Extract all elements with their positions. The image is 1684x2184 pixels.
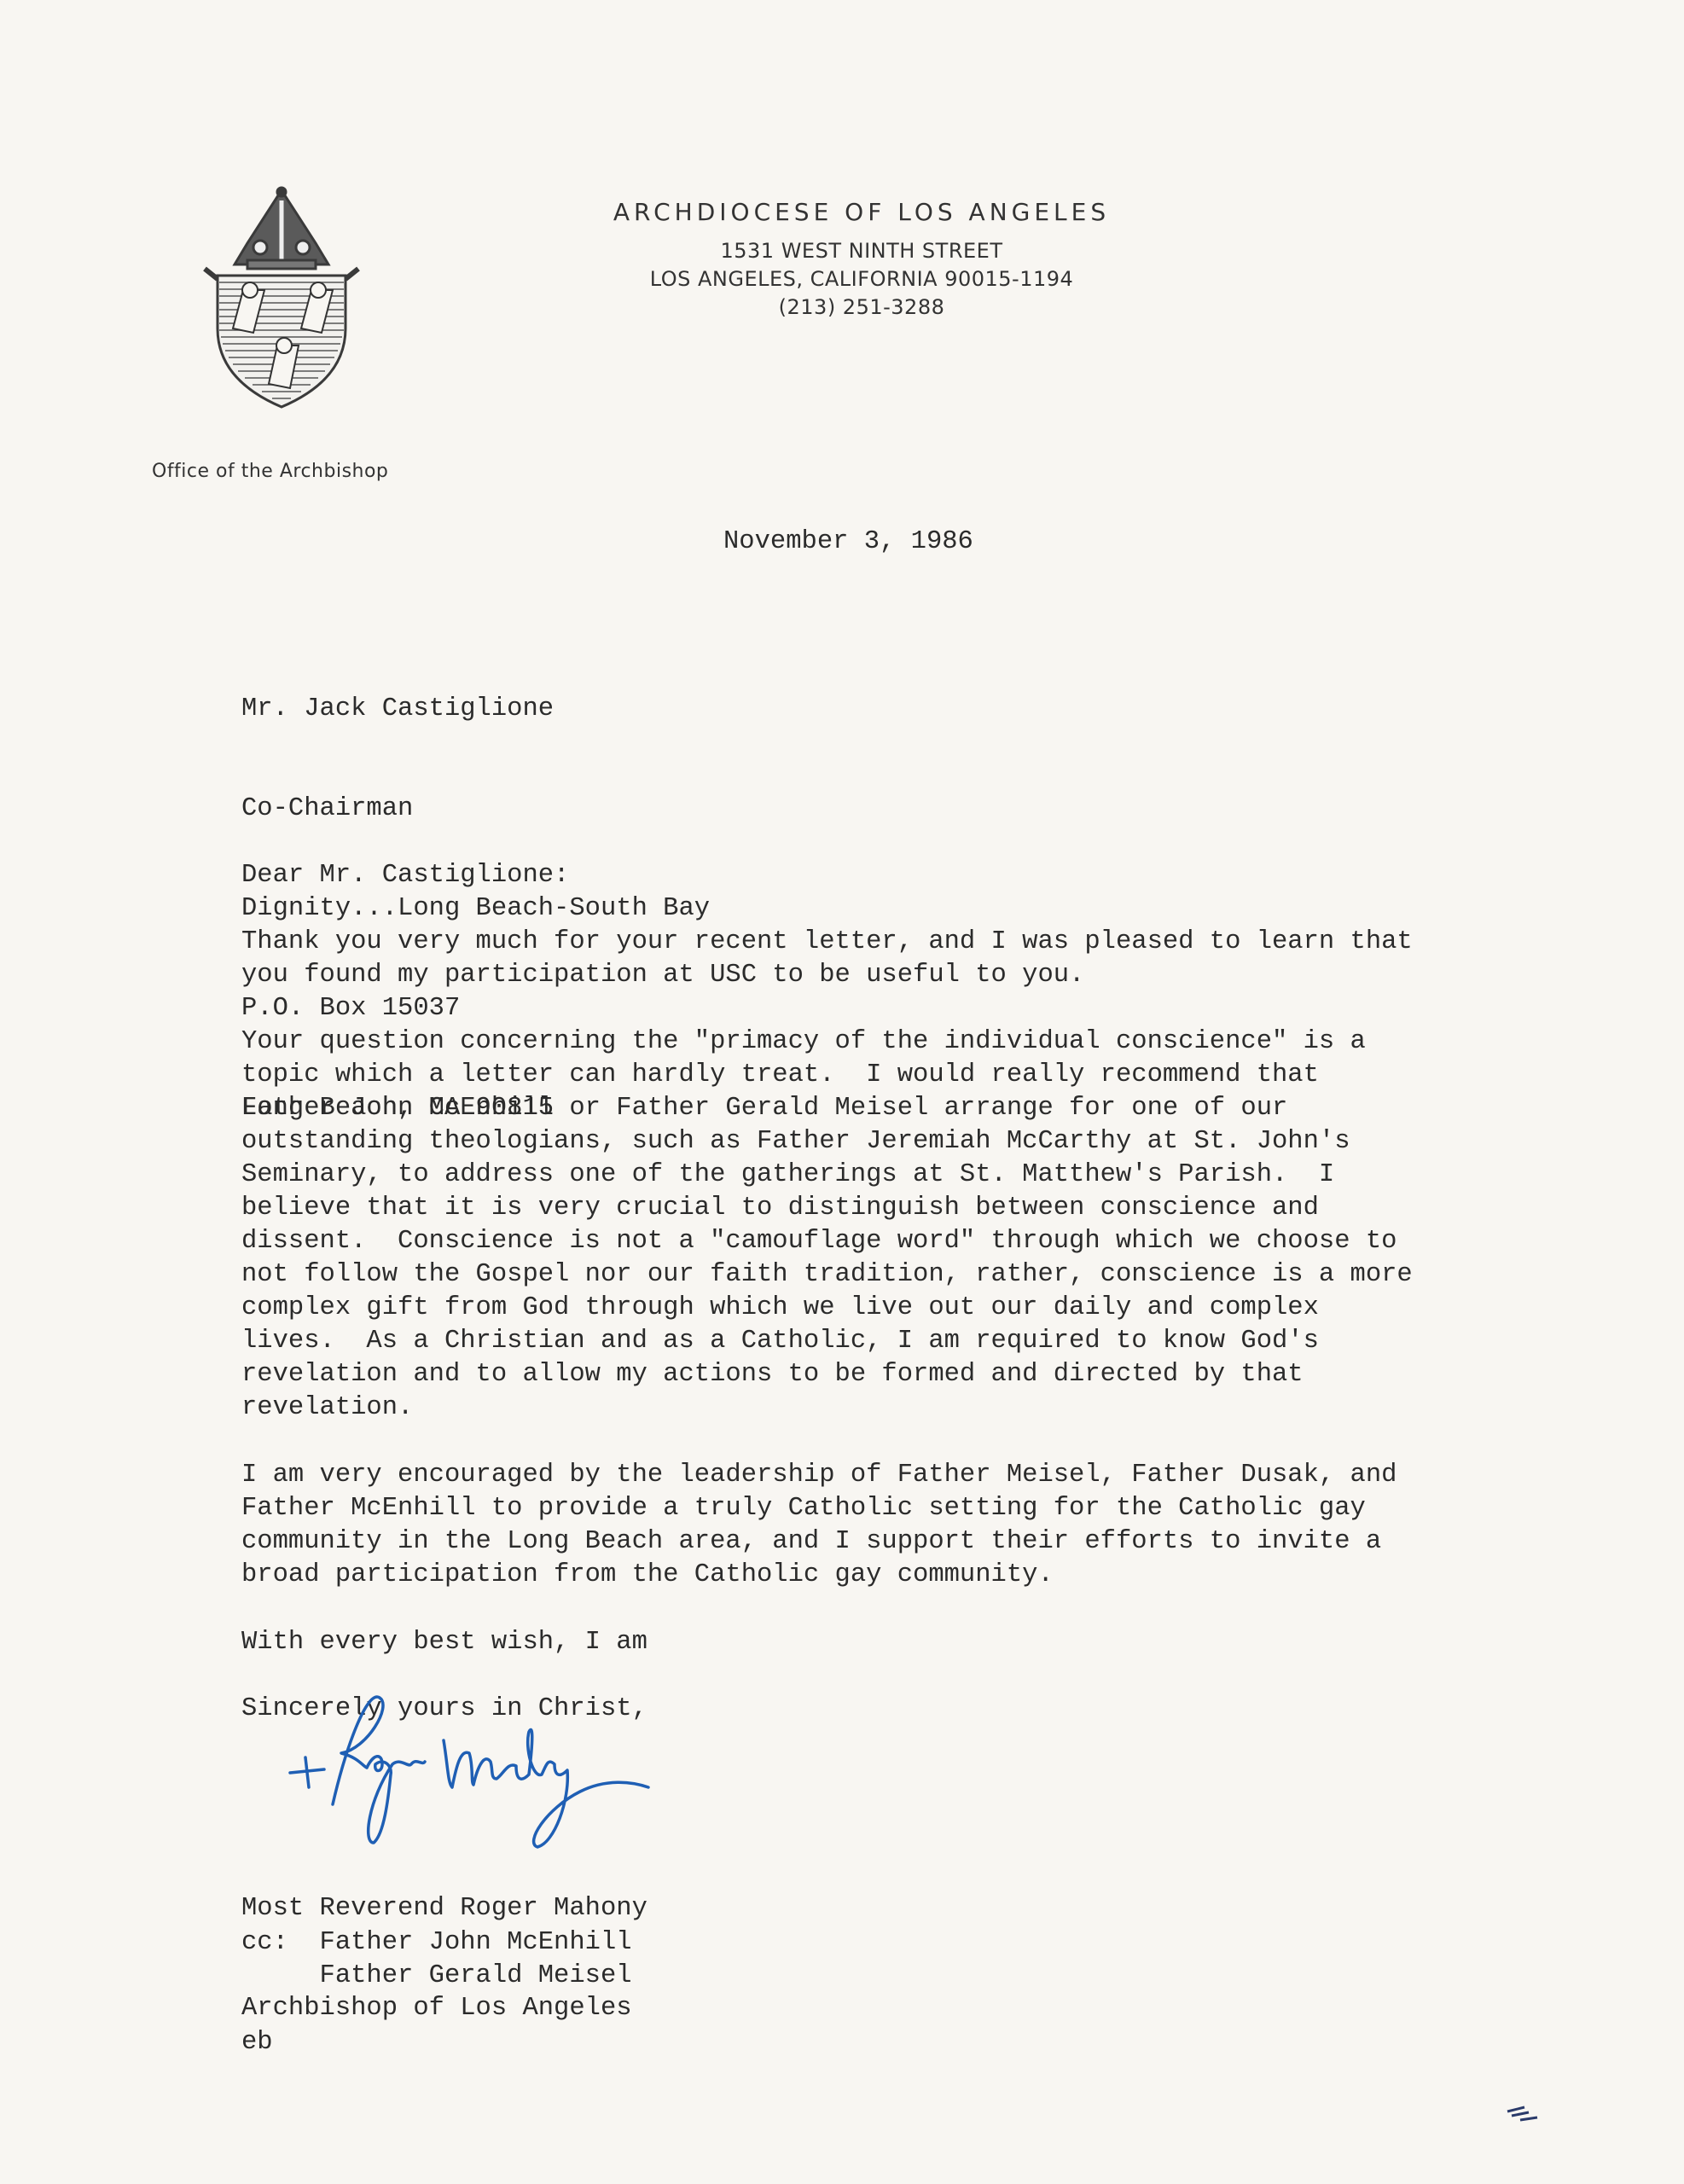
recipient-title: Co-Chairman — [241, 793, 710, 826]
recipient-organization: Dignity...Long Beach-South Bay — [241, 892, 710, 926]
signer-title: Archbishop of Los Angeles — [241, 1992, 647, 2025]
typist-initials: eb — [241, 2026, 273, 2059]
paragraph-3: I am very encouraged by the leadership o… — [241, 1459, 1397, 1592]
letterhead-street: 1531 WEST NINTH STREET — [529, 239, 1194, 263]
paragraph-1: Thank you very much for your recent lett… — [241, 926, 1413, 992]
recipient-name: Mr. Jack Castiglione — [241, 693, 710, 726]
letterhead-phone: (213) 251-3288 — [529, 295, 1194, 319]
letter-date: November 3, 1986 — [723, 526, 973, 559]
letterhead-city: LOS ANGELES, CALIFORNIA 90015-1194 — [529, 267, 1194, 291]
salutation: Dear Mr. Castiglione: — [241, 859, 569, 892]
recipient-po-box: P.O. Box 15037 — [241, 992, 710, 1025]
coat-of-arms-icon — [200, 183, 363, 409]
signer-name: Most Reverend Roger Mahony — [241, 1892, 647, 1926]
carbon-copy-list: cc: Father John McEnhill Father Gerald M… — [241, 1926, 632, 1993]
office-label: Office of the Archbishop — [152, 461, 388, 482]
closing-line: With every best wish, I am — [241, 1626, 647, 1659]
letterhead-organization: ARCHDIOCESE OF LOS ANGELES — [529, 198, 1194, 226]
paragraph-2: Your question concerning the "primacy of… — [241, 1025, 1413, 1425]
ink-mark-icon — [1503, 2099, 1554, 2124]
